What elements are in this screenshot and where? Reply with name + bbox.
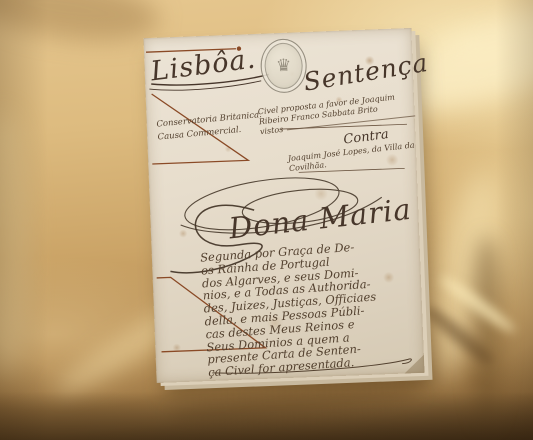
photo-stage: Lisbôa. ♛ Sentença Civel proposta a favo… [0, 0, 533, 440]
photo-vignette [0, 0, 533, 440]
